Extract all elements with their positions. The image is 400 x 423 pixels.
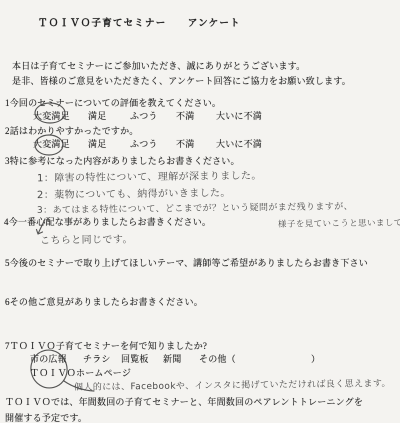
q7-option-homepage: ＴＯＩＶＯホームページ (30, 366, 131, 379)
q2-option-futsuu: ふつう (130, 137, 158, 150)
q1-option-ooinifuman: 大いに不満 (216, 109, 262, 122)
q2-option-ooinifuman: 大いに不満 (216, 137, 262, 150)
q1-option-fuman: 不満 (176, 109, 194, 122)
q2-option-fuman: 不満 (176, 137, 194, 150)
question-2-label: 2話はわかりやすかったですか。 (5, 124, 139, 137)
q7-option-shinbun: 新聞 (163, 352, 181, 365)
q1-option-futsuu: ふつう (130, 109, 158, 122)
q3-handwritten-answer-2: 2：薬物についても、納得がいきました。 (37, 184, 231, 201)
q2-option-daihenmanzoku: 大変満足 (33, 137, 70, 150)
q1-option-daihenmanzoku: 大変満足 (33, 109, 70, 122)
q7-option-sonota-open: その他（ (199, 352, 236, 365)
question-1-label: 1今回のセミナーについての評価を教えてください。 (5, 96, 221, 109)
q3-handwritten-answer-1: 1：障害の特性について、理解が深まりました。 (37, 167, 262, 185)
q1-option-manzoku: 満足 (88, 109, 106, 122)
q7-option-sonota-close: ） (311, 352, 320, 365)
q3-handwritten-answer-3: 3：あてはまる特性について、どこまでが？という疑問がまだ残りますが、 (37, 199, 353, 216)
question-3-label: 3特に参考になった内容がありましたらお書きください。 (5, 154, 240, 167)
q7-option-shi-no-koho: 市の広報 (30, 352, 67, 365)
question-5-label: 5今後のセミナーで取り上げてほしいテーマ、講師等ご希望がありましたらお書き下さい (5, 256, 368, 269)
question-4-label: 4今一番心配な事がありましたらお書きください。 (4, 215, 211, 228)
q2-option-manzoku: 満足 (88, 137, 106, 150)
q4-handwritten-answer: こちらと同じです。 (40, 230, 133, 246)
footer-line-1: ＴＯＩＶＯでは、年間数回の子育てセミナーと、年間数回のペアレントトレーニングを (5, 395, 363, 408)
page-title: ＴＯＩＶＯ子育てセミナー アンケート (38, 15, 241, 29)
q7-option-kairanban: 回覧板 (121, 352, 149, 365)
question-6-label: 6その他ご意見がありましたらお書きください。 (5, 295, 203, 308)
intro-line-1: 本日は子育てセミナーにご参加いただき、誠にありがとうございます。 (12, 59, 305, 72)
footer-line-2: 開催する予定です。 (5, 411, 87, 423)
scanned-questionnaire-page: ＴＯＩＶＯ子育てセミナー アンケート 本日は子育てセミナーにご参加いただき、誠に… (0, 0, 400, 423)
q3-handwritten-answer-3-continued: 様子を見ていこうと思いまして。 (278, 216, 400, 230)
intro-line-2: 是非、皆様のご意見をいただきたく、アンケート回答にご協力をお願い致します。 (12, 74, 351, 87)
q7-option-chirashi: チラシ (83, 352, 111, 365)
question-7-label: 7ＴＯＩＶＯ子育てセミナーを何で知りましたか? (5, 339, 207, 352)
q7-handwritten-note: 個人的には、Facebookや、インスタに掲げていただければ良く思えます。 (74, 376, 391, 393)
